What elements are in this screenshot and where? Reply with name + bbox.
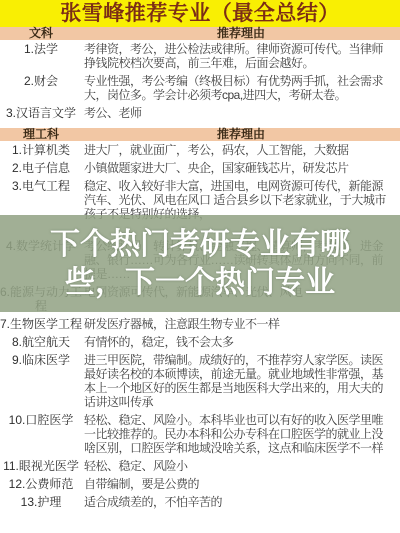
reason-cell: 考公、老师 [82, 104, 400, 122]
major-label: 6.能源与动力工程 [0, 283, 82, 315]
major-label: 3.汉语言文学 [0, 104, 82, 122]
reason-cell: 考公统计局，转计算机、金融工程、精算师，考教师，进金融、银行……可为各行业……读… [82, 237, 400, 283]
major-label: 3.电气工程 [0, 177, 82, 195]
recommended-majors-post: 张雪峰推荐专业（最全总结） 文科 推荐理由 1.法学 考律资，考公，进公检法或律… [0, 0, 400, 533]
table-row: 6.能源与动力工程 电网资源可传代，新能源汽车、光伏、风电 [0, 283, 400, 315]
major-label: 10.口腔医学 [0, 411, 82, 429]
reason-cell: 研发医疗器械，注意跟生物专业不一样 [82, 315, 400, 333]
table-row: 3.汉语言文学 考公、老师 [0, 104, 400, 122]
table-row: 2.电子信息 小镇做题家进大厂、央企，国家砸钱芯片，研发芯片 [0, 159, 400, 177]
major-label: 1.计算机类 [0, 141, 82, 159]
table-row: 3.电气工程 稳定、收入较好非大富，进国电，电网资源可传代，新能源汽车、光伏、风… [0, 177, 400, 237]
liberal-arts-table-header: 文科 推荐理由 [0, 27, 400, 40]
category-column-header: 理工科 [0, 128, 82, 141]
table-row: 1.计算机类 进大厂，就业面广，考公，码农，人工智能，大数据 [0, 141, 400, 159]
reason-column-header: 推荐理由 [82, 27, 400, 40]
major-label: 12.公费师范 [0, 475, 82, 493]
major-label: 2.财会 [0, 72, 82, 90]
reason-cell: 稳定、收入较好非大富，进国电，电网资源可传代，新能源汽车、光伏、风电在风口 适合… [82, 177, 400, 237]
reason-cell: 进大厂，就业面广，考公，码农，人工智能，大数据 [82, 141, 400, 159]
reason-cell: 电网资源可传代，新能源汽车、光伏、风电 [82, 283, 400, 301]
reason-cell: 轻松、稳定、风险小 [82, 457, 400, 475]
stem-table: 理工科 推荐理由 1.计算机类 进大厂，就业面广，考公，码农，人工智能，大数据 … [0, 128, 400, 511]
reason-cell: 自带编制，要是公费的 [82, 475, 400, 493]
table-row: 8.航空航天 有情怀的，稳定，钱不会太多 [0, 333, 400, 351]
table-row: 10.口腔医学 轻松、稳定、风险小。本科毕业也可以有好的收入医学里唯一比较推荐的… [0, 411, 400, 457]
table-row: 4.数学统计学 考公统计局，转计算机、金融工程、精算师，考教师，进金融、银行……… [0, 237, 400, 283]
stem-table-header: 理工科 推荐理由 [0, 128, 400, 141]
table-row: 13.护理 适合成绩差的，不怕辛苦的 [0, 493, 400, 511]
category-column-header: 文科 [0, 27, 82, 40]
table-row: 12.公费师范 自带编制，要是公费的 [0, 475, 400, 493]
reason-cell: 轻松、稳定、风险小。本科毕业也可以有好的收入医学里唯一比较推荐的。民办本科和公办… [82, 411, 400, 457]
table-row: 2.财会 专业性强，考公考编（终极目标）有优势两手抓，社会需求大，岗位多。学会计… [0, 72, 400, 104]
title-banner: 张雪峰推荐专业（最全总结） [0, 0, 400, 27]
table-row: 9.临床医学 进三甲医院，带编制。成绩好的，不推荐穷人家学医。读医最好读名校的本… [0, 351, 400, 411]
reason-column-header: 推荐理由 [82, 128, 400, 141]
reason-cell: 小镇做题家进大厂、央企，国家砸钱芯片，研发芯片 [82, 159, 400, 177]
major-label: 8.航空航天 [0, 333, 82, 351]
major-label: 7.生物医学工程 [0, 315, 82, 333]
table-row: 1.法学 考律资，考公，进公检法或律所。律师资源可传代。当律师挣钱院校档次要高，… [0, 40, 400, 72]
reason-cell: 有情怀的，稳定，钱不会太多 [82, 333, 400, 351]
major-label: 4.数学统计学 [0, 237, 82, 255]
reason-cell: 适合成绩差的，不怕辛苦的 [82, 493, 400, 511]
page-title: 张雪峰推荐专业（最全总结） [60, 0, 340, 27]
major-label: 1.法学 [0, 40, 82, 58]
table-row: 7.生物医学工程 研发医疗器械，注意跟生物专业不一样 [0, 315, 400, 333]
liberal-arts-table: 文科 推荐理由 1.法学 考律资，考公，进公检法或律所。律师资源可传代。当律师挣… [0, 27, 400, 122]
major-label: 11.眼视光医学 [0, 457, 82, 475]
reason-cell: 进三甲医院，带编制。成绩好的，不推荐穷人家学医。读医最好读名校的本硕博读，前途无… [82, 351, 400, 411]
reason-cell: 专业性强，考公考编（终极目标）有优势两手抓，社会需求大，岗位多。学会计必须考cp… [82, 72, 400, 104]
major-label: 2.电子信息 [0, 159, 82, 177]
reason-cell: 考律资，考公，进公检法或律所。律师资源可传代。当律师挣钱院校档次要高，前三年难，… [82, 40, 400, 72]
table-row: 11.眼视光医学 轻松、稳定、风险小 [0, 457, 400, 475]
major-label: 13.护理 [0, 493, 82, 511]
major-label: 9.临床医学 [0, 351, 82, 369]
